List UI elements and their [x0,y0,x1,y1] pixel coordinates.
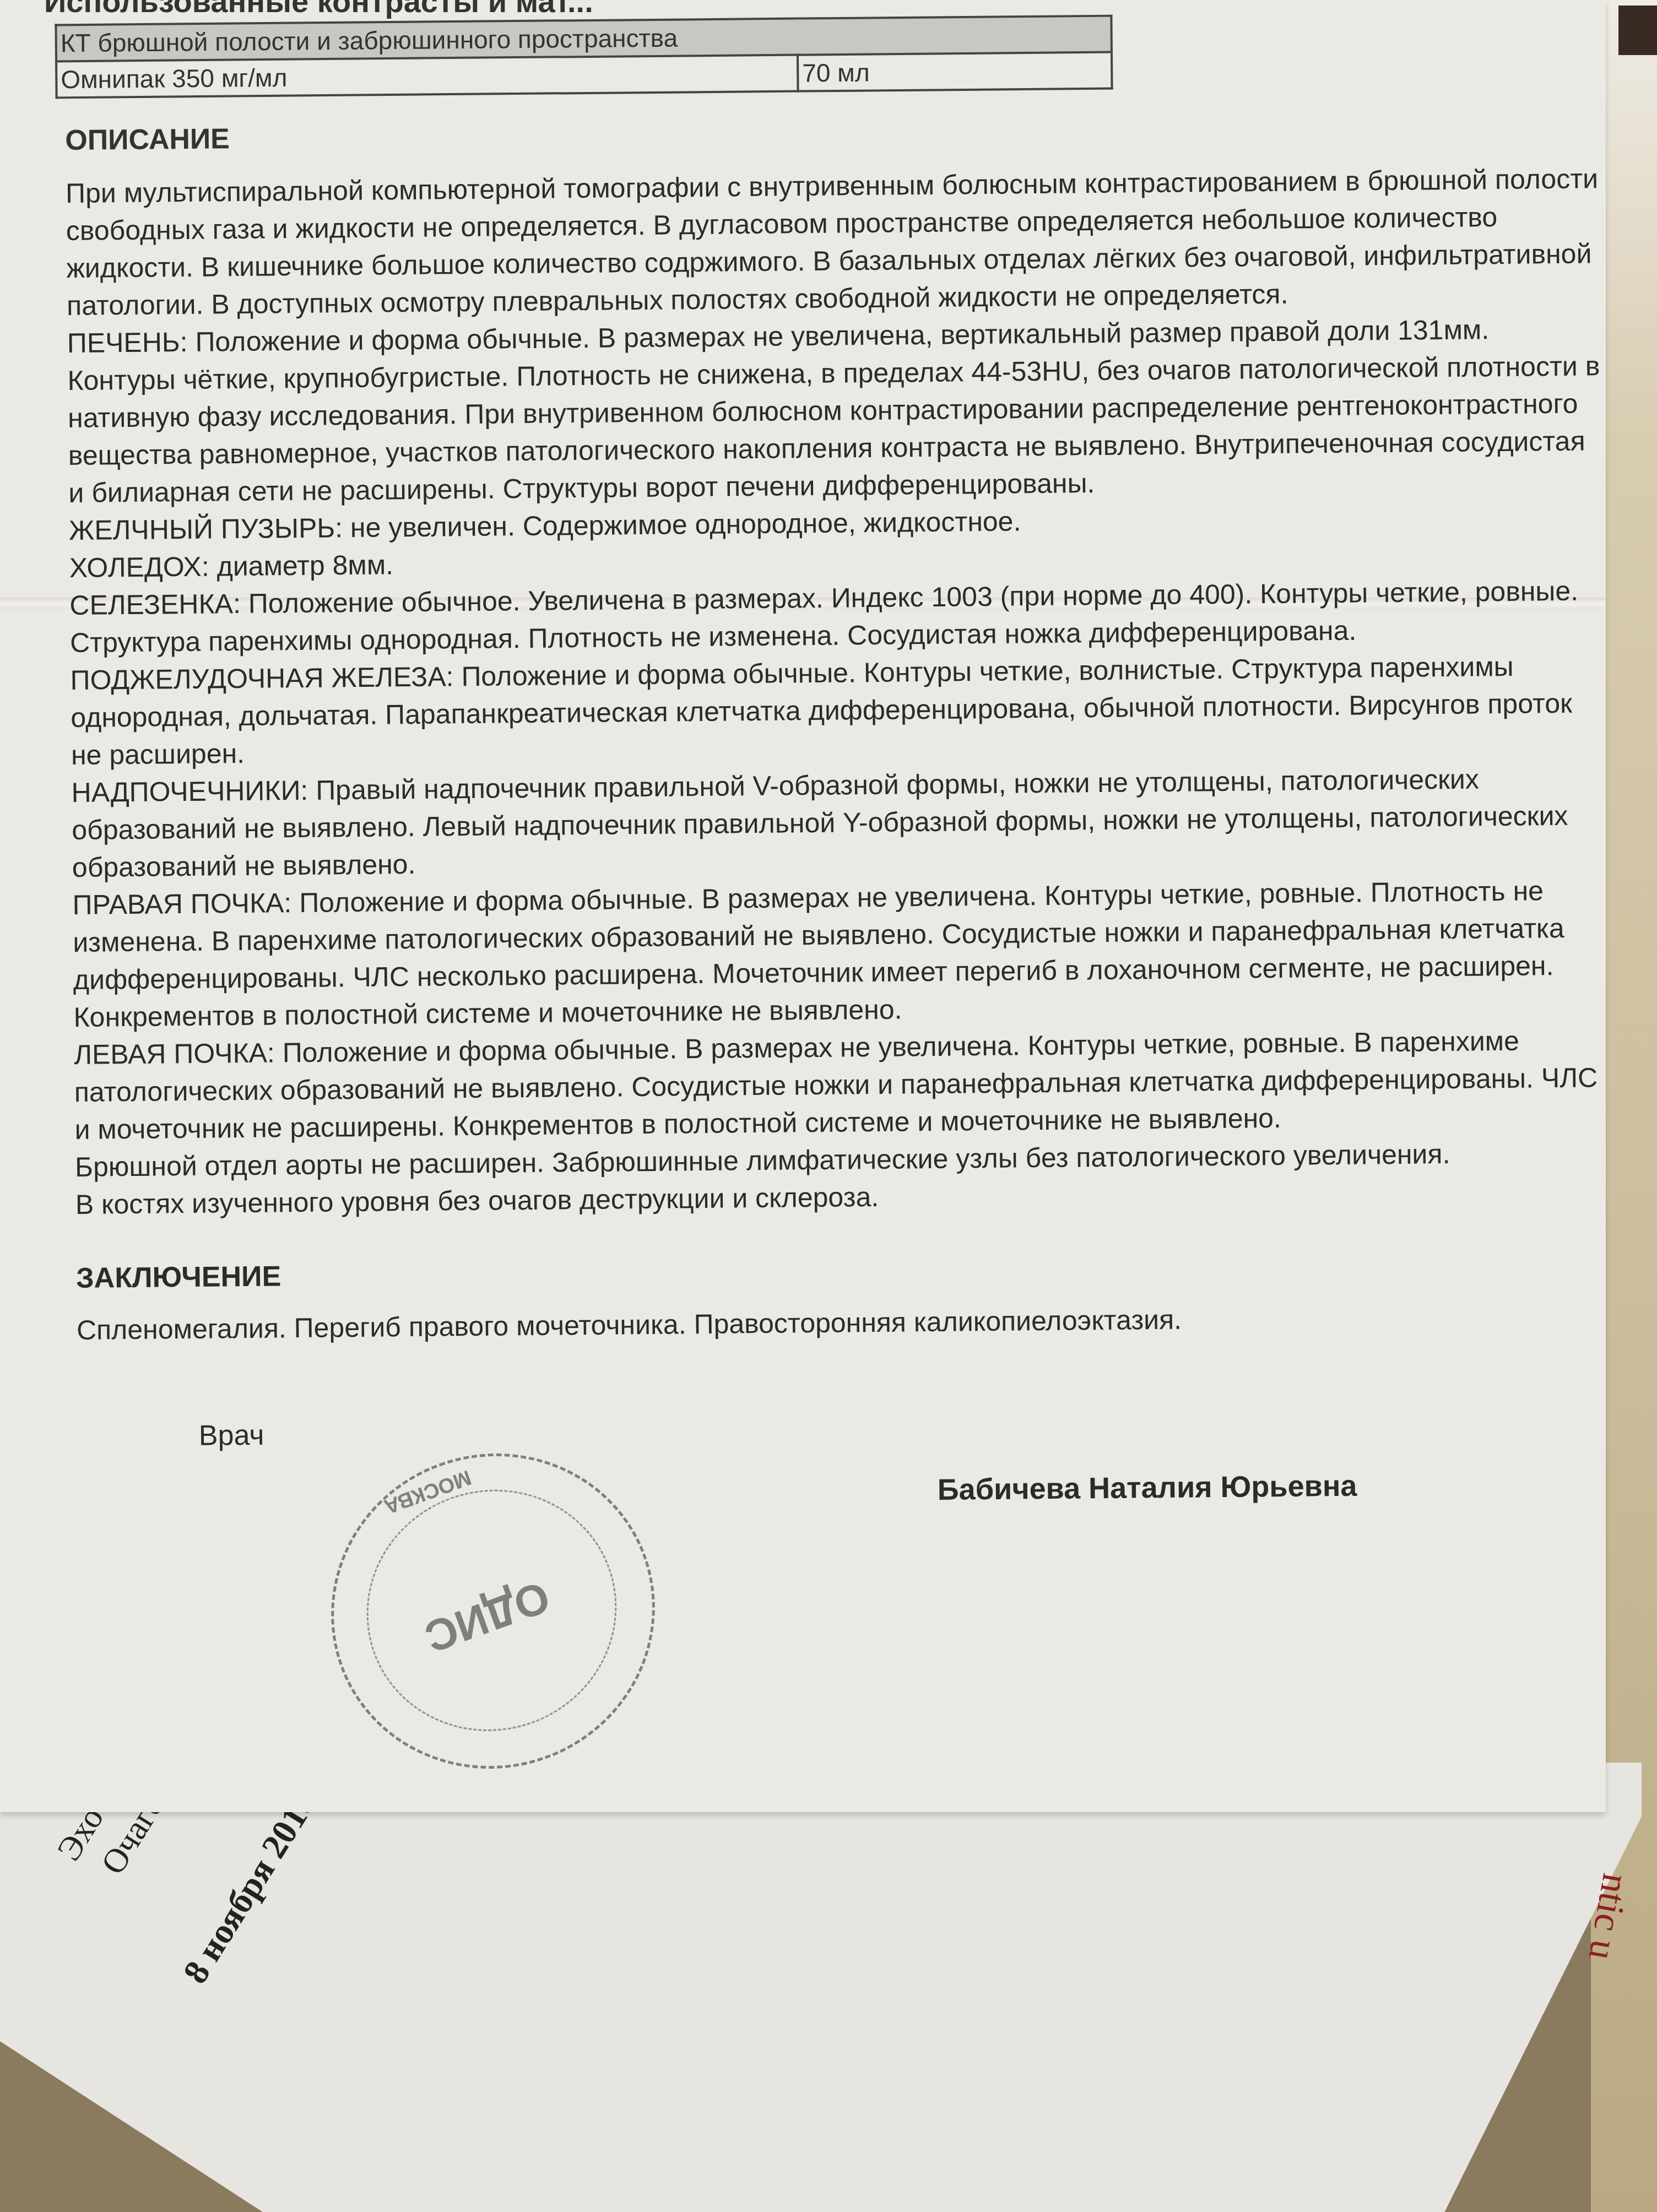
section-text: Положение и форма обычные. В размерах не… [73,875,1564,1033]
section-text: Положение и форма обычные. В размерах не… [67,314,1600,508]
section-text: Положение обычное. Увеличена в размерах.… [70,576,1579,658]
contrast-table: КТ брюшной полости и забрюшинного простр… [55,15,1113,99]
section-left-kidney: ЛЕВАЯ ПОЧКА: Положение и форма обычные. … [74,1021,1612,1148]
section-label: СЕЛЕЗЕНКА: [69,588,241,621]
report-page: Использованные контрасты и мат... КТ брю… [0,0,1606,1812]
description-intro: При мультиспиральной компьютерной томогр… [66,160,1604,324]
section-text: Положение и форма обычные. В размерах не… [74,1026,1598,1145]
doctor-name: Бабичева Наталия Юрьевна [938,1469,1357,1507]
signature-block: Врач Бабичева Наталия Юрьевна [77,1334,1615,1492]
section-pancreas: ПОДЖЕЛУДОЧНАЯ ЖЕЛЕЗА: Положение и форма … [70,647,1608,774]
section-label: ЖЕЛЧНЫЙ ПУЗЫРЬ: [69,512,343,546]
background-object [1618,6,1657,55]
contrast-heading: Использованные контрасты и мат... [44,0,593,19]
section-label: ХОЛЕДОХ: [69,551,209,583]
section-right-kidney: ПРАВАЯ ПОЧКА: Положение и форма обычные.… [72,871,1610,1036]
contrast-agent-cell: Омнипак 350 мг/мл [56,55,798,98]
conclusion-title: ЗАКЛЮЧЕНИЕ [76,1247,1613,1295]
section-label: ПЕЧЕНЬ: [67,327,188,359]
section-text: В костях изученного уровня без очагов де… [75,1181,879,1220]
underlying-page [0,1763,1642,2212]
section-adrenals: НАДПОЧЕЧНИКИ: Правый надпочечник правиль… [71,759,1609,886]
contrast-volume-cell: 70 мл [798,52,1112,91]
section-label: ЛЕВАЯ ПОЧКА: [74,1037,275,1070]
section-label: ПОДЖЕЛУДОЧНАЯ ЖЕЛЕЗА: [70,661,453,696]
section-text: не увеличен. Содержимое однородное, жидк… [350,506,1021,543]
doctor-role: Врач [199,1419,264,1452]
section-text: диаметр 8мм. [216,549,393,582]
description-title: ОПИСАНИЕ [65,109,1602,157]
report-content: ОПИСАНИЕ При мультиспиральной компьютерн… [65,109,1615,1492]
section-liver: ПЕЧЕНЬ: Положение и форма обычные. В раз… [67,310,1605,512]
section-label: НАДПОЧЕЧНИКИ: [71,775,308,808]
section-label: ПРАВАЯ ПОЧКА: [72,887,291,920]
section-spleen: СЕЛЕЗЕНКА: Положение обычное. Увеличена … [69,572,1607,662]
